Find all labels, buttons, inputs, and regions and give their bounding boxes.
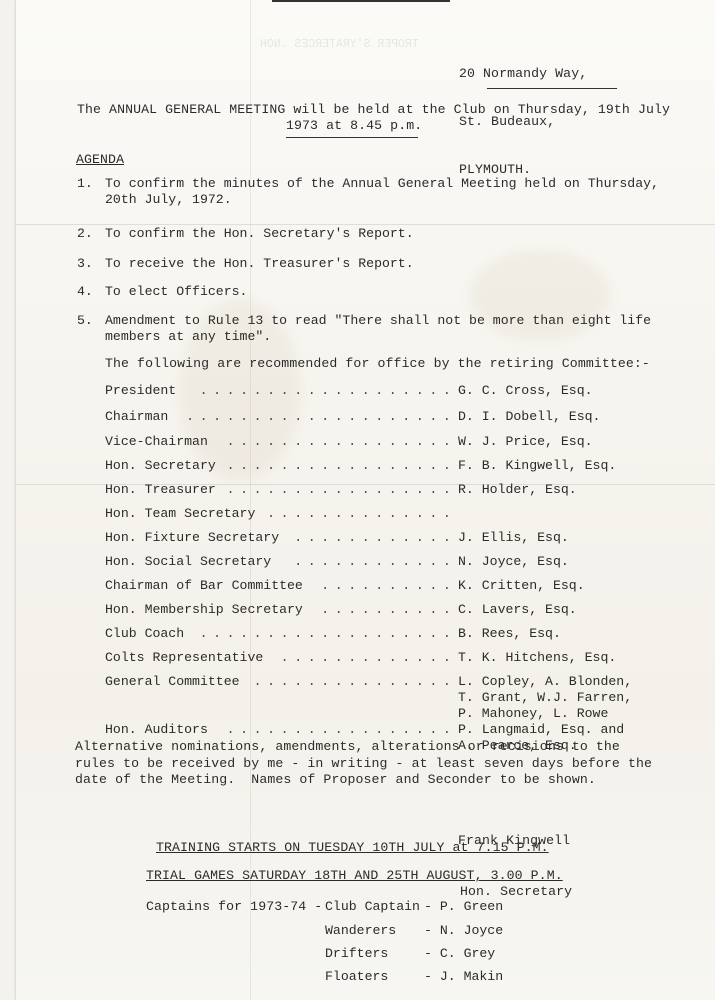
signatory-title: Hon. Secretary [458, 883, 572, 900]
officer-row: .................Hon. SecretaryF. B. Kin… [105, 458, 665, 474]
officer-role: Hon. Auditors [105, 722, 208, 737]
captain-name: - J. Makin [424, 969, 503, 984]
officer-row: .................Hon. AuditorsP. Langmai… [105, 722, 665, 738]
agenda-item-number: 3. [77, 256, 93, 271]
captain-name: - C. Grey [424, 946, 495, 961]
officer-name: J. Ellis, Esq. [458, 530, 569, 546]
officer-role: General Committee [105, 674, 240, 689]
officer-role: Hon. Membership Secretary [105, 602, 303, 617]
officer-role: Hon. Team Secretary [105, 506, 255, 521]
officer-row: ...................Club CoachB. Rees, Es… [105, 626, 665, 642]
agenda-item-text: Amendment to Rule 13 to read "There shal… [105, 313, 651, 345]
officer-role: Colts Representative [105, 650, 263, 665]
officer-row: ...............General CommitteeL. Cople… [105, 674, 665, 690]
officer-name: W. J. Price, Esq. [458, 434, 593, 450]
captain-team: Club Captain [325, 899, 420, 914]
agenda-item-number: 5. [77, 313, 93, 328]
agenda-item-number: 4. [77, 284, 93, 299]
officer-name: R. Holder, Esq. [458, 482, 577, 498]
officer-row: .................Hon. TreasurerR. Holder… [105, 482, 665, 498]
captain-team: Wanderers [325, 923, 396, 938]
officer-row: ..........Hon. Membership SecretaryC. La… [105, 602, 665, 618]
officer-name: L. Copley, A. Blonden, T. Grant, W.J. Fa… [458, 674, 632, 722]
training-announcement: TRAINING STARTS ON TUESDAY 10TH JULY at … [156, 840, 549, 856]
officer-name: D. I. Dobell, Esq. [458, 409, 600, 425]
officer-row: ..............Hon. Team Secretary [105, 506, 665, 522]
agenda-heading: AGENDA [76, 152, 124, 168]
officer-role: Chairman of Bar Committee [105, 578, 303, 593]
officer-role: Vice-Chairman [105, 434, 208, 449]
officer-role: Club Coach [105, 626, 184, 641]
nominations-note: Alternative nominations, amendments, alt… [75, 739, 652, 789]
agenda-item-text: To confirm the Hon. Secretary's Report. [105, 226, 414, 242]
captain-name: - N. Joyce [424, 923, 503, 938]
officer-name: B. Rees, Esq. [458, 626, 561, 642]
officer-name: C. Lavers, Esq. [458, 602, 577, 618]
agenda-item-number: 2. [77, 226, 93, 241]
officer-row: .................Vice-ChairmanW. J. Pric… [105, 434, 665, 450]
address-underline [487, 88, 617, 89]
officer-role: Hon. Secretary [105, 458, 216, 473]
captains-heading: Captains for 1973-74 - [146, 899, 322, 915]
officer-name: K. Critten, Esq. [458, 578, 585, 594]
officer-role: Chairman [105, 409, 168, 424]
captain-team: Floaters [325, 969, 388, 984]
bleed-through-text: TROPER S'YRATERCES .NOH [260, 38, 419, 51]
officer-row: .............Colts RepresentativeT. K. H… [105, 650, 665, 666]
officer-role: Hon. Treasurer [105, 482, 216, 497]
agenda-item-text: To confirm the minutes of the Annual Gen… [105, 176, 659, 208]
top-rule [272, 0, 450, 2]
paper-fold [16, 224, 715, 225]
officer-role: President [105, 383, 176, 398]
leader-dots: ................... [105, 626, 665, 641]
officer-name: G. C. Cross, Esq. [458, 383, 593, 399]
officer-row: ..........Chairman of Bar CommitteeK. Cr… [105, 578, 665, 594]
address-line: 20 Normandy Way, [459, 66, 587, 82]
officer-role: Hon. Social Secretary [105, 554, 271, 569]
agenda-item-text: To elect Officers. [105, 284, 247, 300]
date-underline [286, 137, 418, 138]
officer-name: T. K. Hitchens, Esq. [458, 650, 616, 666]
captain-team: Drifters [325, 946, 388, 961]
officers-intro: The following are recommended for office… [105, 356, 650, 372]
officer-role: Hon. Fixture Secretary [105, 530, 279, 545]
officer-name: F. B. Kingwell, Esq. [458, 458, 616, 474]
meeting-notice-line-2: 1973 at 8.45 p.m. [286, 118, 422, 134]
captain-name: - P. Green [424, 899, 503, 914]
officer-row: ............Hon. Fixture SecretaryJ. Ell… [105, 530, 665, 546]
officer-name: N. Joyce, Esq. [458, 554, 569, 570]
agenda-item-number: 1. [77, 176, 93, 191]
trial-games-announcement: TRIAL GAMES SATURDAY 18TH AND 25TH AUGUS… [146, 868, 563, 884]
meeting-notice-line-1: The ANNUAL GENERAL MEETING will be held … [77, 102, 670, 118]
officer-row: ............Hon. Social SecretaryN. Joyc… [105, 554, 665, 570]
officer-row: ....................ChairmanD. I. Dobell… [105, 409, 665, 425]
agenda-item-text: To receive the Hon. Treasurer's Report. [105, 256, 414, 272]
officer-row: ...................PresidentG. C. Cross,… [105, 383, 665, 399]
